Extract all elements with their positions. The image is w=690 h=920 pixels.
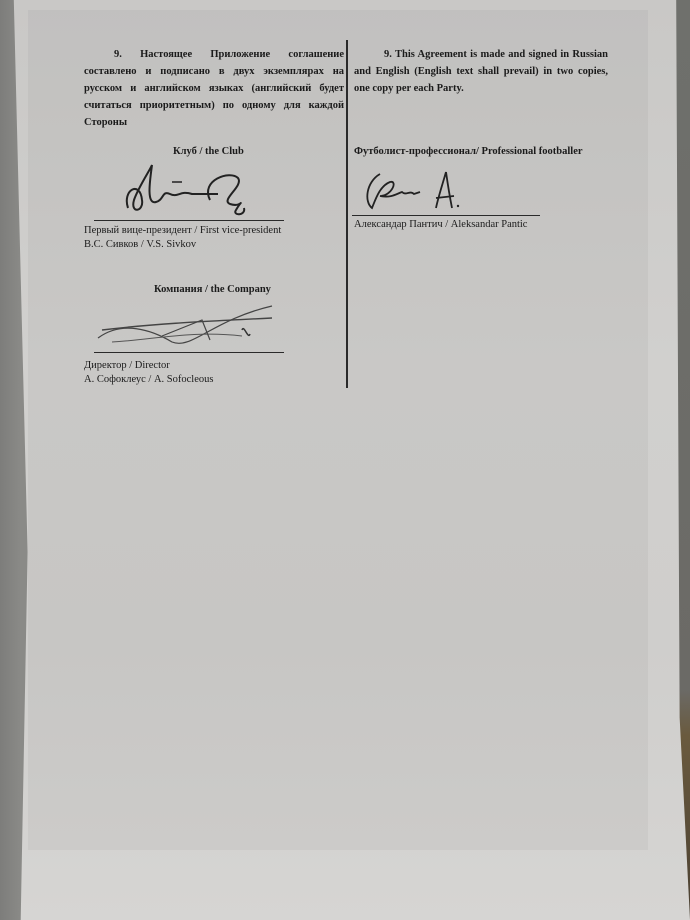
clause-russian: 9. Настоящее Приложение соглашение соста… (84, 46, 344, 131)
club-name: В.С. Сивков / V.S. Sivkov (84, 238, 196, 252)
company-heading: Компания / the Company (154, 284, 271, 295)
company-name: А. Софоклеус / A. Sofocleous (84, 373, 213, 387)
player-heading: Футболист-профессионал/ Professional foo… (354, 146, 583, 157)
column-divider (346, 40, 348, 388)
signature-company-icon (92, 300, 282, 350)
clause-ru-text: 9. Настоящее Приложение соглашение соста… (84, 46, 344, 131)
signature-player-icon (362, 168, 472, 214)
club-signature-line (94, 220, 284, 221)
club-title: Первый вице-президент / First vice-presi… (84, 224, 281, 238)
company-signature-line (94, 352, 284, 353)
print-area-shade (28, 10, 648, 850)
player-name: Александар Пантич / Aleksandar Pantic (354, 218, 527, 232)
signature-club-icon (120, 160, 270, 220)
club-heading: Клуб / the Club (173, 146, 244, 157)
player-signature-line (352, 215, 540, 216)
clause-en-text: 9. This Agreement is made and signed in … (354, 46, 608, 97)
company-title: Директор / Director (84, 359, 170, 373)
document-page (0, 0, 690, 920)
clause-english: 9. This Agreement is made and signed in … (354, 46, 608, 97)
